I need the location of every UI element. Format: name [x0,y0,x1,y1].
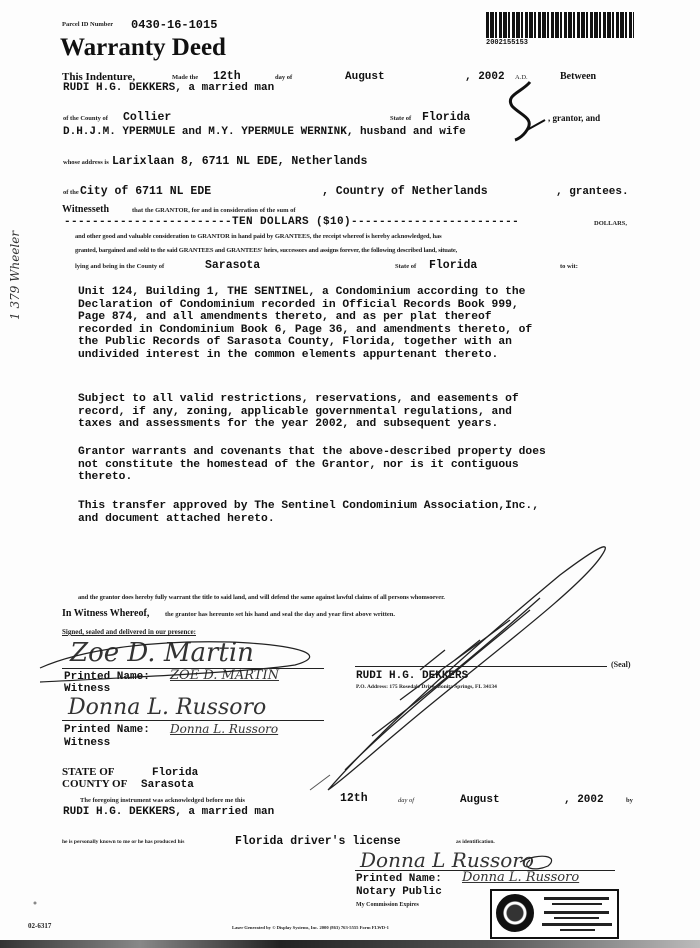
witness-1-flourish [40,642,310,682]
grantor-signature [328,547,605,790]
margin-mark-five-icon [510,82,530,140]
handwritten-strokes [0,0,700,948]
notary-flourish [520,856,552,869]
warranty-deed-page: Parcel ID Number 0430-16-1015 2002155153… [0,0,700,948]
